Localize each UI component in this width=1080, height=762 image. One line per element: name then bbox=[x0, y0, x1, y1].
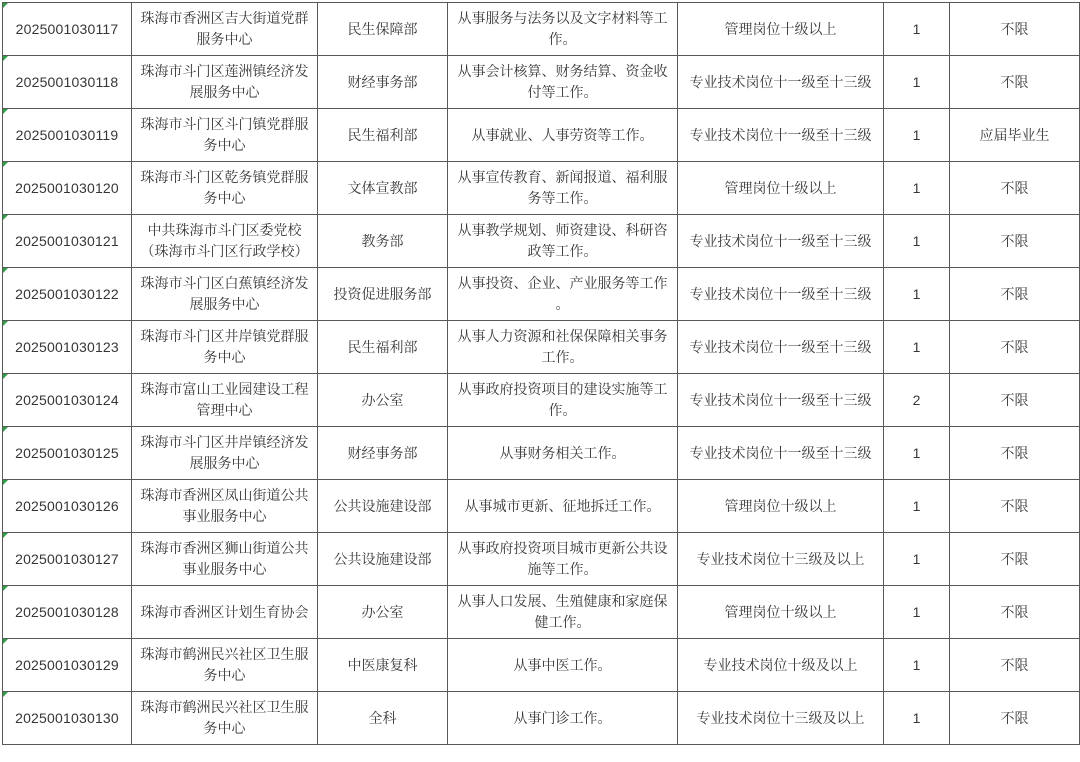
cell-department: 中医康复科 bbox=[318, 639, 448, 692]
number-stored-as-text-marker-icon bbox=[3, 586, 8, 591]
table-row: 2025001030117 珠海市香洲区吉大街道党群服务中心 民生保障部 从事服… bbox=[3, 3, 1080, 56]
cell-post-id: 2025001030122 bbox=[3, 268, 132, 321]
cell-duty: 从事门诊工作。 bbox=[448, 692, 678, 745]
cell-post-id: 2025001030118 bbox=[3, 56, 132, 109]
cell-post-level: 管理岗位十级以上 bbox=[678, 162, 884, 215]
cell-headcount: 1 bbox=[884, 586, 950, 639]
cell-org-name: 珠海市香洲区凤山街道公共事业服务中心 bbox=[132, 480, 318, 533]
cell-post-id: 2025001030123 bbox=[3, 321, 132, 374]
number-stored-as-text-marker-icon bbox=[3, 268, 8, 273]
cell-headcount: 1 bbox=[884, 109, 950, 162]
number-stored-as-text-marker-icon bbox=[3, 374, 8, 379]
cell-post-id: 2025001030125 bbox=[3, 427, 132, 480]
number-stored-as-text-marker-icon bbox=[3, 109, 8, 114]
cell-requirement: 不限 bbox=[950, 480, 1080, 533]
cell-org-name: 中共珠海市斗门区委党校（珠海市斗门区行政学校） bbox=[132, 215, 318, 268]
number-stored-as-text-marker-icon bbox=[3, 3, 8, 8]
cell-duty: 从事就业、人事劳资等工作。 bbox=[448, 109, 678, 162]
cell-requirement: 不限 bbox=[950, 162, 1080, 215]
cell-post-level: 管理岗位十级以上 bbox=[678, 480, 884, 533]
post-id-text: 2025001030124 bbox=[15, 392, 119, 408]
number-stored-as-text-marker-icon bbox=[3, 321, 8, 326]
cell-department: 财经事务部 bbox=[318, 427, 448, 480]
cell-duty: 从事教学规划、师资建设、科研咨政等工作。 bbox=[448, 215, 678, 268]
cell-department: 民生保障部 bbox=[318, 3, 448, 56]
table-row: 2025001030124 珠海市富山工业园建设工程管理中心 办公室 从事政府投… bbox=[3, 374, 1080, 427]
cell-department: 教务部 bbox=[318, 215, 448, 268]
cell-headcount: 1 bbox=[884, 162, 950, 215]
cell-post-level: 专业技术岗位十级及以上 bbox=[678, 639, 884, 692]
cell-post-id: 2025001030130 bbox=[3, 692, 132, 745]
cell-post-level: 专业技术岗位十一级至十三级 bbox=[678, 268, 884, 321]
cell-requirement: 不限 bbox=[950, 321, 1080, 374]
cell-requirement: 不限 bbox=[950, 374, 1080, 427]
number-stored-as-text-marker-icon bbox=[3, 162, 8, 167]
table-row: 2025001030120 珠海市斗门区乾务镇党群服务中心 文体宣教部 从事宣传… bbox=[3, 162, 1080, 215]
cell-post-id: 2025001030117 bbox=[3, 3, 132, 56]
cell-duty: 从事人力资源和社保保障相关事务工作。 bbox=[448, 321, 678, 374]
post-id-text: 2025001030126 bbox=[15, 498, 119, 514]
post-id-text: 2025001030120 bbox=[15, 180, 119, 196]
number-stored-as-text-marker-icon bbox=[3, 215, 8, 220]
cell-headcount: 1 bbox=[884, 480, 950, 533]
cell-headcount: 1 bbox=[884, 533, 950, 586]
cell-requirement: 不限 bbox=[950, 215, 1080, 268]
cell-post-id: 2025001030120 bbox=[3, 162, 132, 215]
table-row: 2025001030119 珠海市斗门区斗门镇党群服务中心 民生福利部 从事就业… bbox=[3, 109, 1080, 162]
table-row: 2025001030125 珠海市斗门区井岸镇经济发展服务中心 财经事务部 从事… bbox=[3, 427, 1080, 480]
number-stored-as-text-marker-icon bbox=[3, 692, 8, 697]
post-id-text: 2025001030123 bbox=[15, 339, 119, 355]
cell-requirement: 不限 bbox=[950, 268, 1080, 321]
table-row: 2025001030122 珠海市斗门区白蕉镇经济发展服务中心 投资促进服务部 … bbox=[3, 268, 1080, 321]
cell-post-level: 专业技术岗位十一级至十三级 bbox=[678, 321, 884, 374]
cell-department: 民生福利部 bbox=[318, 321, 448, 374]
cell-post-id: 2025001030124 bbox=[3, 374, 132, 427]
cell-post-level: 专业技术岗位十三级及以上 bbox=[678, 533, 884, 586]
cell-duty: 从事政府投资项目城市更新公共设施等工作。 bbox=[448, 533, 678, 586]
cell-department: 公共设施建设部 bbox=[318, 533, 448, 586]
recruitment-table: 2025001030117 珠海市香洲区吉大街道党群服务中心 民生保障部 从事服… bbox=[2, 2, 1080, 745]
cell-headcount: 2 bbox=[884, 374, 950, 427]
cell-headcount: 1 bbox=[884, 692, 950, 745]
cell-post-id: 2025001030127 bbox=[3, 533, 132, 586]
cell-department: 文体宣教部 bbox=[318, 162, 448, 215]
cell-post-level: 专业技术岗位十一级至十三级 bbox=[678, 427, 884, 480]
post-id-text: 2025001030128 bbox=[15, 604, 119, 620]
cell-department: 财经事务部 bbox=[318, 56, 448, 109]
post-id-text: 2025001030127 bbox=[15, 551, 119, 567]
table-row: 2025001030128 珠海市香洲区计划生育协会 办公室 从事人口发展、生殖… bbox=[3, 586, 1080, 639]
cell-org-name: 珠海市斗门区莲洲镇经济发展服务中心 bbox=[132, 56, 318, 109]
cell-duty: 从事政府投资项目的建设实施等工作。 bbox=[448, 374, 678, 427]
number-stored-as-text-marker-icon bbox=[3, 56, 8, 61]
cell-requirement: 不限 bbox=[950, 639, 1080, 692]
cell-duty: 从事中医工作。 bbox=[448, 639, 678, 692]
cell-duty: 从事城市更新、征地拆迁工作。 bbox=[448, 480, 678, 533]
table-row: 2025001030130 珠海市鹤洲民兴社区卫生服务中心 全科 从事门诊工作。… bbox=[3, 692, 1080, 745]
cell-headcount: 1 bbox=[884, 56, 950, 109]
cell-post-level: 专业技术岗位十一级至十三级 bbox=[678, 56, 884, 109]
post-id-text: 2025001030129 bbox=[15, 657, 119, 673]
cell-duty: 从事投资、企业、产业服务等工作。 bbox=[448, 268, 678, 321]
table-row: 2025001030127 珠海市香洲区狮山街道公共事业服务中心 公共设施建设部… bbox=[3, 533, 1080, 586]
post-id-text: 2025001030118 bbox=[16, 74, 119, 90]
cell-headcount: 1 bbox=[884, 321, 950, 374]
cell-post-level: 专业技术岗位十一级至十三级 bbox=[678, 374, 884, 427]
cell-department: 公共设施建设部 bbox=[318, 480, 448, 533]
recruitment-table-container: 2025001030117 珠海市香洲区吉大街道党群服务中心 民生保障部 从事服… bbox=[2, 2, 1080, 745]
cell-department: 办公室 bbox=[318, 374, 448, 427]
cell-headcount: 1 bbox=[884, 3, 950, 56]
cell-post-id: 2025001030128 bbox=[3, 586, 132, 639]
post-id-text: 2025001030121 bbox=[15, 233, 119, 249]
cell-org-name: 珠海市斗门区乾务镇党群服务中心 bbox=[132, 162, 318, 215]
cell-post-level: 专业技术岗位十一级至十三级 bbox=[678, 109, 884, 162]
cell-org-name: 珠海市斗门区井岸镇党群服务中心 bbox=[132, 321, 318, 374]
cell-department: 全科 bbox=[318, 692, 448, 745]
table-row: 2025001030121 中共珠海市斗门区委党校（珠海市斗门区行政学校） 教务… bbox=[3, 215, 1080, 268]
cell-post-level: 专业技术岗位十三级及以上 bbox=[678, 692, 884, 745]
cell-post-level: 管理岗位十级以上 bbox=[678, 586, 884, 639]
cell-headcount: 1 bbox=[884, 215, 950, 268]
post-id-text: 2025001030125 bbox=[15, 445, 119, 461]
cell-org-name: 珠海市香洲区计划生育协会 bbox=[132, 586, 318, 639]
cell-requirement: 不限 bbox=[950, 3, 1080, 56]
number-stored-as-text-marker-icon bbox=[3, 639, 8, 644]
cell-requirement: 不限 bbox=[950, 427, 1080, 480]
cell-post-level: 专业技术岗位十一级至十三级 bbox=[678, 215, 884, 268]
cell-org-name: 珠海市鹤洲民兴社区卫生服务中心 bbox=[132, 639, 318, 692]
cell-org-name: 珠海市斗门区斗门镇党群服务中心 bbox=[132, 109, 318, 162]
cell-org-name: 珠海市香洲区狮山街道公共事业服务中心 bbox=[132, 533, 318, 586]
cell-duty: 从事人口发展、生殖健康和家庭保健工作。 bbox=[448, 586, 678, 639]
cell-headcount: 1 bbox=[884, 639, 950, 692]
cell-duty: 从事宣传教育、新闻报道、福利服务等工作。 bbox=[448, 162, 678, 215]
cell-requirement: 不限 bbox=[950, 692, 1080, 745]
table-row: 2025001030123 珠海市斗门区井岸镇党群服务中心 民生福利部 从事人力… bbox=[3, 321, 1080, 374]
number-stored-as-text-marker-icon bbox=[3, 533, 8, 538]
cell-duty: 从事会计核算、财务结算、资金收付等工作。 bbox=[448, 56, 678, 109]
cell-org-name: 珠海市斗门区井岸镇经济发展服务中心 bbox=[132, 427, 318, 480]
cell-org-name: 珠海市香洲区吉大街道党群服务中心 bbox=[132, 3, 318, 56]
cell-org-name: 珠海市富山工业园建设工程管理中心 bbox=[132, 374, 318, 427]
table-row: 2025001030129 珠海市鹤洲民兴社区卫生服务中心 中医康复科 从事中医… bbox=[3, 639, 1080, 692]
cell-post-level: 管理岗位十级以上 bbox=[678, 3, 884, 56]
post-id-text: 2025001030119 bbox=[16, 127, 119, 143]
table-row: 2025001030126 珠海市香洲区凤山街道公共事业服务中心 公共设施建设部… bbox=[3, 480, 1080, 533]
cell-post-id: 2025001030126 bbox=[3, 480, 132, 533]
number-stored-as-text-marker-icon bbox=[3, 480, 8, 485]
cell-duty: 从事财务相关工作。 bbox=[448, 427, 678, 480]
cell-requirement: 应届毕业生 bbox=[950, 109, 1080, 162]
cell-headcount: 1 bbox=[884, 427, 950, 480]
post-id-text: 2025001030117 bbox=[16, 21, 119, 37]
table-row: 2025001030118 珠海市斗门区莲洲镇经济发展服务中心 财经事务部 从事… bbox=[3, 56, 1080, 109]
cell-department: 办公室 bbox=[318, 586, 448, 639]
cell-org-name: 珠海市斗门区白蕉镇经济发展服务中心 bbox=[132, 268, 318, 321]
cell-department: 投资促进服务部 bbox=[318, 268, 448, 321]
cell-org-name: 珠海市鹤洲民兴社区卫生服务中心 bbox=[132, 692, 318, 745]
cell-post-id: 2025001030129 bbox=[3, 639, 132, 692]
cell-post-id: 2025001030121 bbox=[3, 215, 132, 268]
cell-requirement: 不限 bbox=[950, 586, 1080, 639]
number-stored-as-text-marker-icon bbox=[3, 427, 8, 432]
cell-post-id: 2025001030119 bbox=[3, 109, 132, 162]
cell-duty: 从事服务与法务以及文字材料等工作。 bbox=[448, 3, 678, 56]
cell-requirement: 不限 bbox=[950, 56, 1080, 109]
cell-headcount: 1 bbox=[884, 268, 950, 321]
post-id-text: 2025001030122 bbox=[15, 286, 119, 302]
post-id-text: 2025001030130 bbox=[15, 710, 119, 726]
cell-requirement: 不限 bbox=[950, 533, 1080, 586]
cell-department: 民生福利部 bbox=[318, 109, 448, 162]
